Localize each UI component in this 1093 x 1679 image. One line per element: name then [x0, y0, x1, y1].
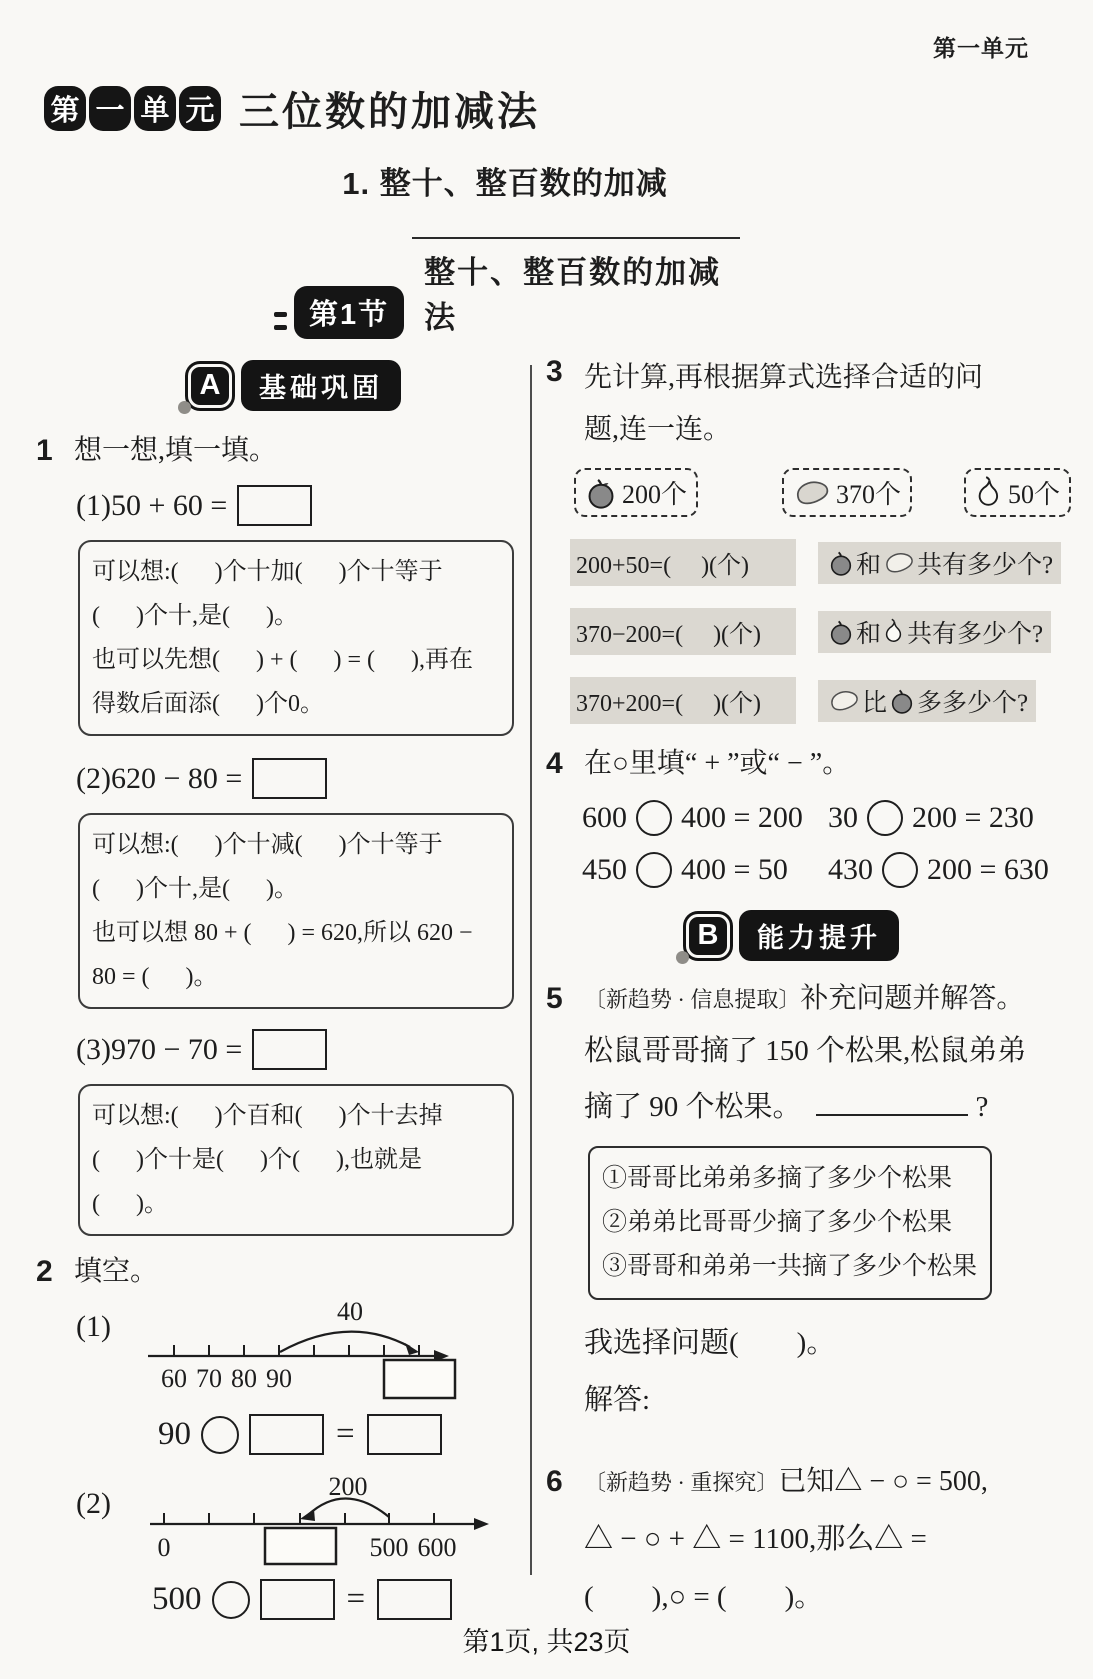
fruit-count: 50个	[1008, 474, 1060, 511]
part-label: (1)	[76, 1294, 138, 1406]
match-row-2: 370−200=( )(个) 和 共有多少个?	[546, 608, 1076, 655]
question-number: 3	[546, 352, 584, 392]
unit-badge-char: 单	[134, 86, 176, 131]
tick-label: 90	[266, 1364, 292, 1393]
tick-label: 500	[370, 1533, 409, 1562]
unit-badge: 第 一 单 元	[44, 86, 221, 131]
q1-part1-row: (1)50 + 60 =	[76, 485, 528, 526]
apple-icon	[889, 688, 915, 714]
badge-dot	[178, 401, 191, 414]
mango-icon	[828, 689, 860, 712]
fruit-card-apple: 200个	[574, 468, 698, 517]
q4-row-2: 450 400 = 50 430 200 = 630	[582, 852, 1076, 888]
equation: 30 200 = 230	[828, 800, 1034, 836]
suffix-text: 共有多少个?	[907, 614, 1043, 650]
tick-label: 70	[196, 1364, 222, 1393]
decor-dashes	[274, 312, 287, 330]
q3-text-line1: 先计算,再根据算式选择合适的问	[584, 352, 983, 404]
hint-line: ( )个十是( )个( ),也就是	[92, 1138, 508, 1182]
operator-circle-blank	[212, 1581, 250, 1619]
q5-body-text: 摘了 90 个松果。	[584, 1091, 802, 1123]
apple-icon	[585, 477, 617, 509]
equation: 450 400 = 50	[582, 852, 806, 888]
section-a-badge: A 基础巩固	[188, 360, 401, 411]
q2-part1-equation: 90 =	[158, 1414, 528, 1455]
question-text: 在○里填“ + ”或“ − ”。	[584, 744, 850, 784]
pear-icon	[975, 476, 1003, 509]
answer-box	[252, 1029, 327, 1070]
hint-line: 80 = ( )。	[92, 955, 508, 999]
q4-row-1: 600 400 = 200 30 200 = 230	[582, 800, 1076, 836]
worksheet-page: 第一单元 第 一 单 元 三位数的加减法 1. 整十、整百数的加减 第1节 整十…	[0, 0, 1093, 1679]
section-a-letter: A	[188, 364, 232, 408]
section-header: 第1节 整十、整百数的加减法	[274, 237, 740, 339]
q1-part1-expression: (1)50 + 60 =	[76, 489, 227, 523]
expression-cell: 370−200=( )(个)	[570, 608, 796, 655]
expression-cell: 200+50=( )(个)	[570, 539, 796, 586]
fruit-card-mango: 370个	[782, 468, 912, 517]
operand-result: 200 = 230	[912, 801, 1034, 835]
unit-header: 第 一 单 元 三位数的加减法	[44, 80, 540, 137]
hint-line: ( )个十,是( )。	[92, 594, 508, 638]
q1-part3-row: (3)970 − 70 =	[76, 1029, 528, 1070]
match-row-1: 200+50=( )(个) 和 共有多少个?	[546, 539, 1076, 586]
mango-icon	[793, 479, 831, 506]
fruit-cards: 200个 370个 50个	[574, 468, 1076, 517]
question-1: 1 想一想,填一填。	[36, 431, 528, 471]
hint-line: 也可以先想( ) + ( ) = ( ),再在	[92, 638, 508, 682]
option-1: ①哥哥比弟弟多摘了多少个松果	[602, 1157, 978, 1201]
q2-part2-equation: 500 =	[152, 1579, 528, 1620]
line-arrowhead	[474, 1518, 489, 1530]
tick-label: 600	[418, 1533, 457, 1562]
section-b-badge: B 能力提升	[686, 910, 899, 961]
column-divider	[530, 365, 532, 1575]
option-3: ③哥哥和弟弟一共摘了多少个松果	[602, 1245, 978, 1289]
arc-arrowhead	[300, 1509, 315, 1521]
operator-circle-blank	[636, 800, 672, 836]
answer-box	[237, 485, 312, 526]
equation: 600 400 = 200	[582, 800, 806, 836]
answer-box	[252, 758, 327, 799]
question-text: 想一想,填一填。	[74, 431, 277, 471]
operand-result: 200 = 630	[927, 853, 1049, 887]
question-text: 补充问题并解答。	[800, 983, 1024, 1014]
operand: 600	[582, 801, 627, 835]
jump-value: 40	[337, 1297, 363, 1326]
unit-badge-char: 元	[179, 86, 221, 131]
operand: 90	[158, 1416, 191, 1453]
section-title: 整十、整百数的加减法	[412, 237, 740, 339]
section-b-label: 能力提升	[739, 910, 899, 961]
operand-result: 400 = 200	[681, 801, 803, 835]
q5-body-line1: 松鼠哥哥摘了 150 个松果,松鼠弟弟	[584, 1026, 1076, 1076]
section-b-letter: B	[686, 914, 730, 958]
fruit-card-pear: 50个	[964, 468, 1071, 517]
q2-part2: (2) 200 0 500 600	[36, 1471, 528, 1571]
q5-choose-line: 我选择问题( )。	[584, 1320, 1076, 1361]
answer-box	[260, 1579, 335, 1620]
operand: 500	[152, 1581, 202, 1618]
page-footer: 第1页, 共23页	[0, 1620, 1093, 1659]
answer-box	[249, 1414, 324, 1455]
suffix-text: 多多少个?	[917, 683, 1028, 719]
question-6: 6 〔新趋势 · 重探究〕已知△ − ○ = 500,	[546, 1462, 1076, 1503]
q1-part2-expression: (2)620 − 80 =	[76, 762, 242, 796]
operand: 430	[828, 853, 873, 887]
q5-options-box: ①哥哥比弟弟多摘了多少个松果 ②弟弟比哥哥少摘了多少个松果 ③哥哥和弟弟一共摘了…	[588, 1146, 992, 1300]
question-text: 填空。	[74, 1252, 158, 1292]
tick-label: 0	[158, 1533, 171, 1562]
fill-blank-line	[816, 1108, 968, 1116]
number-line-2: 200 0 500 600	[138, 1471, 498, 1571]
q5-answer-label: 解答:	[584, 1377, 1076, 1418]
unit-badge-char: 一	[89, 86, 131, 131]
corner-unit-label: 第一单元	[933, 30, 1029, 63]
operator-circle-blank	[636, 852, 672, 888]
question-cell: 和 共有多少个?	[818, 542, 1061, 584]
lesson-title: 1. 整十、整百数的加减	[0, 158, 1010, 203]
trend-tag: 〔新趋势 · 重探究〕	[584, 1470, 778, 1495]
operator-circle-blank	[867, 800, 903, 836]
mid-text: 比	[862, 683, 887, 719]
hint-line: ( )个十,是( )。	[92, 867, 508, 911]
hint-line: 也可以想 80 + ( ) = 620,所以 620 −	[92, 911, 508, 955]
q4-equations: 600 400 = 200 30 200 = 230 450 400 = 50	[582, 800, 1076, 888]
suffix-text: 共有多少个?	[917, 545, 1053, 581]
operand: 30	[828, 801, 858, 835]
trend-tag: 〔新趋势 · 信息提取〕	[584, 987, 800, 1012]
badge-dot	[676, 951, 689, 964]
hint-line: 可以想:( )个十减( )个十等于	[92, 823, 508, 867]
answer-box	[384, 1360, 455, 1398]
option-2: ②弟弟比哥哥少摘了多少个松果	[602, 1201, 978, 1245]
q6-line1: 已知△ − ○ = 500,	[778, 1466, 988, 1497]
q1-part3-expression: (3)970 − 70 =	[76, 1033, 242, 1067]
mid-text: 和	[856, 614, 881, 650]
equation: 430 200 = 630	[828, 852, 1049, 888]
operator-circle-blank	[882, 852, 918, 888]
fruit-count: 200个	[622, 474, 687, 511]
q1-hint-box-1: 可以想:( )个十加( )个十等于 ( )个十,是( )。 也可以先想( ) +…	[78, 540, 514, 736]
fruit-count: 370个	[836, 474, 901, 511]
tick-label: 80	[231, 1364, 257, 1393]
q6-line2: △ − ○ + △ = 1100,那么△ =	[584, 1517, 1076, 1561]
question-2: 2 填空。	[36, 1252, 528, 1292]
apple-icon	[828, 619, 854, 645]
answer-box	[265, 1528, 336, 1564]
question-number: 5	[546, 979, 584, 1019]
question-cell: 比 多多少个?	[818, 680, 1036, 722]
section-number-badge: 第1节	[294, 286, 404, 339]
question-number: 6	[546, 1462, 584, 1502]
operand-result: 400 = 50	[681, 853, 788, 887]
hint-line: 可以想:( )个百和( )个十去掉	[92, 1094, 508, 1138]
arc-arrowhead	[405, 1343, 419, 1355]
q1-hint-box-3: 可以想:( )个百和( )个十去掉 ( )个十是( )个( ),也就是 ( )。	[78, 1084, 514, 1236]
question-text: 先计算,再根据算式选择合适的问 题,连一连。	[584, 352, 983, 456]
part-label: (2)	[76, 1471, 138, 1571]
question-4: 4 在○里填“ + ”或“ − ”。	[546, 744, 1076, 784]
mid-text: 和	[856, 545, 881, 581]
unit-title: 三位数的加减法	[239, 80, 540, 137]
left-column: A 基础巩固 1 想一想,填一填。 (1)50 + 60 = 可以想:( )个十…	[36, 360, 528, 1620]
q1-part2-row: (2)620 − 80 =	[76, 758, 528, 799]
question-mark: ?	[976, 1091, 989, 1123]
q2-part1: (1) 40 60 70 80 90	[36, 1294, 528, 1406]
equals-sign: =	[347, 1581, 366, 1618]
question-number: 4	[546, 744, 584, 784]
q3-text-line2: 题,连一连。	[584, 404, 983, 456]
apple-icon	[828, 550, 854, 576]
pear-icon	[883, 618, 905, 645]
operand: 450	[582, 853, 627, 887]
number-line-1: 40 60 70 80 90	[138, 1294, 468, 1406]
mango-icon	[883, 551, 915, 574]
question-number: 2	[36, 1252, 74, 1292]
question-3: 3 先计算,再根据算式选择合适的问 题,连一连。	[546, 352, 1076, 456]
question-5: 5 〔新趋势 · 信息提取〕补充问题并解答。	[546, 979, 1076, 1020]
answer-box	[377, 1579, 452, 1620]
hint-line: ( )。	[92, 1182, 508, 1226]
answer-box	[367, 1414, 442, 1455]
equals-sign: =	[336, 1416, 355, 1453]
match-row-3: 370+200=( )(个) 比 多多少个?	[546, 677, 1076, 724]
question-number: 1	[36, 431, 74, 471]
operator-circle-blank	[201, 1416, 239, 1454]
q5-body-line2: 摘了 90 个松果。?	[584, 1082, 1076, 1132]
hint-line: 可以想:( )个十加( )个十等于	[92, 550, 508, 594]
expression-cell: 370+200=( )(个)	[570, 677, 796, 724]
section-a-label: 基础巩固	[241, 360, 401, 411]
jump-value: 200	[329, 1472, 368, 1501]
hint-line: 得数后面添( )个0。	[92, 682, 508, 726]
q6-line3: ( ),○ = ( )。	[584, 1575, 1076, 1619]
question-cell: 和 共有多少个?	[818, 611, 1051, 653]
q1-hint-box-2: 可以想:( )个十减( )个十等于 ( )个十,是( )。 也可以想 80 + …	[78, 813, 514, 1009]
unit-badge-char: 第	[44, 86, 86, 131]
right-column: 3 先计算,再根据算式选择合适的问 题,连一连。 200个 370个	[546, 352, 1076, 1619]
tick-label: 60	[161, 1364, 187, 1393]
